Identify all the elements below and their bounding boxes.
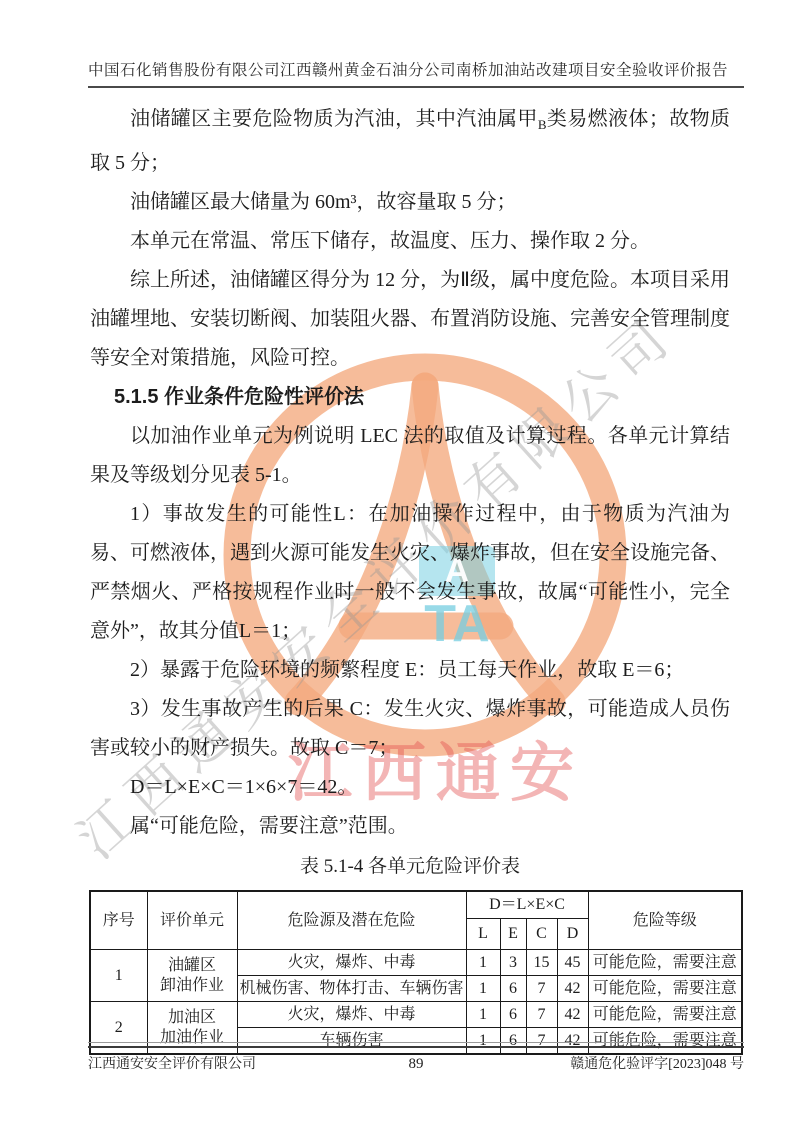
col-header-formula: D＝L×E×C	[466, 891, 588, 919]
footer-company: 江西通安安全评价有限公司	[88, 1053, 350, 1073]
document-page: 江西通安安全评价有限公司 江西通安 A TA 中国石化销售股份有限公司江西赣州黄…	[0, 0, 800, 1131]
col-header-unit: 评价单元	[147, 891, 237, 950]
cell-l: 1	[466, 976, 500, 1002]
paragraph-d-range: 属“可能危险，需要注意”范围。	[90, 807, 730, 846]
cell-seq: 1	[90, 950, 147, 1002]
cell-hazard: 火灾，爆炸、中毒	[237, 950, 466, 976]
cell-e: 6	[500, 1002, 526, 1028]
cell-d: 45	[557, 950, 588, 976]
table-row: 2 加油区 加油作业 火灾，爆炸、中毒 1 6 7 42 可能危险，需要注意	[90, 1002, 742, 1028]
cell-e: 6	[500, 976, 526, 1002]
cell-c: 15	[526, 950, 557, 976]
cell-c: 7	[526, 976, 557, 1002]
paragraph-summary: 综上所述，油储罐区得分为 12 分，为Ⅱ级，属中度危险。本项目采用油罐埋地、安装…	[90, 261, 730, 378]
table-row: 1 油罐区 卸油作业 火灾，爆炸、中毒 1 3 15 45 可能危险，需要注意	[90, 950, 742, 976]
cell-l: 1	[466, 950, 500, 976]
cell-unit-line2: 卸油作业	[150, 976, 235, 996]
paragraph-storage-conditions: 本单元在常温、常压下储存，故温度、压力、操作取 2 分。	[90, 222, 730, 261]
cell-unit: 油罐区 卸油作业	[147, 950, 237, 1002]
cell-e: 3	[500, 950, 526, 976]
body-text: 油储罐区主要危险物质为汽油，其中汽油属甲B类易燃液体；故物质取 5 分； 油储罐…	[90, 100, 730, 1055]
cell-level: 可能危险，需要注意	[588, 950, 742, 976]
cell-d: 42	[557, 976, 588, 1002]
cell-hazard: 机械伤害、物体打击、车辆伤害	[237, 976, 466, 1002]
col-header-seq: 序号	[90, 891, 147, 950]
header-rule	[88, 86, 744, 88]
page-footer: 江西通安安全评价有限公司 89 赣通危化验评字[2023]048 号	[88, 1042, 744, 1073]
col-header-c: C	[526, 919, 557, 950]
paragraph-lec-intro: 以加油作业单元为例说明 LEC 法的取值及计算过程。各单元计算结果及等级划分见表…	[90, 417, 730, 495]
col-header-hazard: 危险源及潜在危险	[237, 891, 466, 950]
page-number: 89	[350, 1056, 481, 1073]
page-header: 中国石化销售股份有限公司江西赣州黄金石油分公司南桥加油站改建项目安全验收评价报告	[88, 58, 744, 88]
col-header-level: 危险等级	[588, 891, 742, 950]
paragraph-factor-c: 3）发生事故产生的后果 C：发生火灾、爆炸事故，可能造成人员伤害或较小的财产损失…	[90, 690, 730, 768]
cell-level: 可能危险，需要注意	[588, 1002, 742, 1028]
table-title: 表 5.1-4 各单元危险评价表	[90, 852, 730, 882]
cell-hazard: 火灾，爆炸、中毒	[237, 1002, 466, 1028]
paragraph-material-hazard: 油储罐区主要危险物质为汽油，其中汽油属甲B类易燃液体；故物质取 5 分；	[90, 100, 730, 183]
paragraph-text: 油储罐区主要危险物质为汽油，其中汽油属甲	[130, 108, 538, 130]
paragraph-factor-l: 1）事故发生的可能性L：在加油操作过程中，由于物质为汽油为易、可燃液体，遇到火源…	[90, 495, 730, 651]
paragraph-capacity: 油储罐区最大储量为 60m³，故容量取 5 分；	[90, 183, 730, 222]
cell-unit-line1: 油罐区	[150, 956, 235, 976]
cell-d: 42	[557, 1002, 588, 1028]
footer-rule	[88, 1042, 744, 1048]
col-header-e: E	[500, 919, 526, 950]
paragraph-d-calculation: D＝L×E×C＝1×6×7＝42。	[90, 768, 730, 807]
col-header-l: L	[466, 919, 500, 950]
footer-doc-number: 赣通危化验评字[2023]048 号	[482, 1053, 744, 1073]
cell-unit-line1: 加油区	[150, 1008, 235, 1028]
section-heading-515: 5.1.5 作业条件危险性评价法	[90, 378, 730, 417]
cell-level: 可能危险，需要注意	[588, 976, 742, 1002]
risk-evaluation-table: 序号 评价单元 危险源及潜在危险 D＝L×E×C 危险等级 L E C D 1 …	[89, 890, 743, 1055]
cell-l: 1	[466, 1002, 500, 1028]
paragraph-factor-e: 2）暴露于危险环境的频繁程度 E：员工每天作业，故取 E＝6；	[90, 651, 730, 690]
header-title: 中国石化销售股份有限公司江西赣州黄金石油分公司南桥加油站改建项目安全验收评价报告	[88, 58, 744, 80]
cell-c: 7	[526, 1002, 557, 1028]
col-header-d: D	[557, 919, 588, 950]
